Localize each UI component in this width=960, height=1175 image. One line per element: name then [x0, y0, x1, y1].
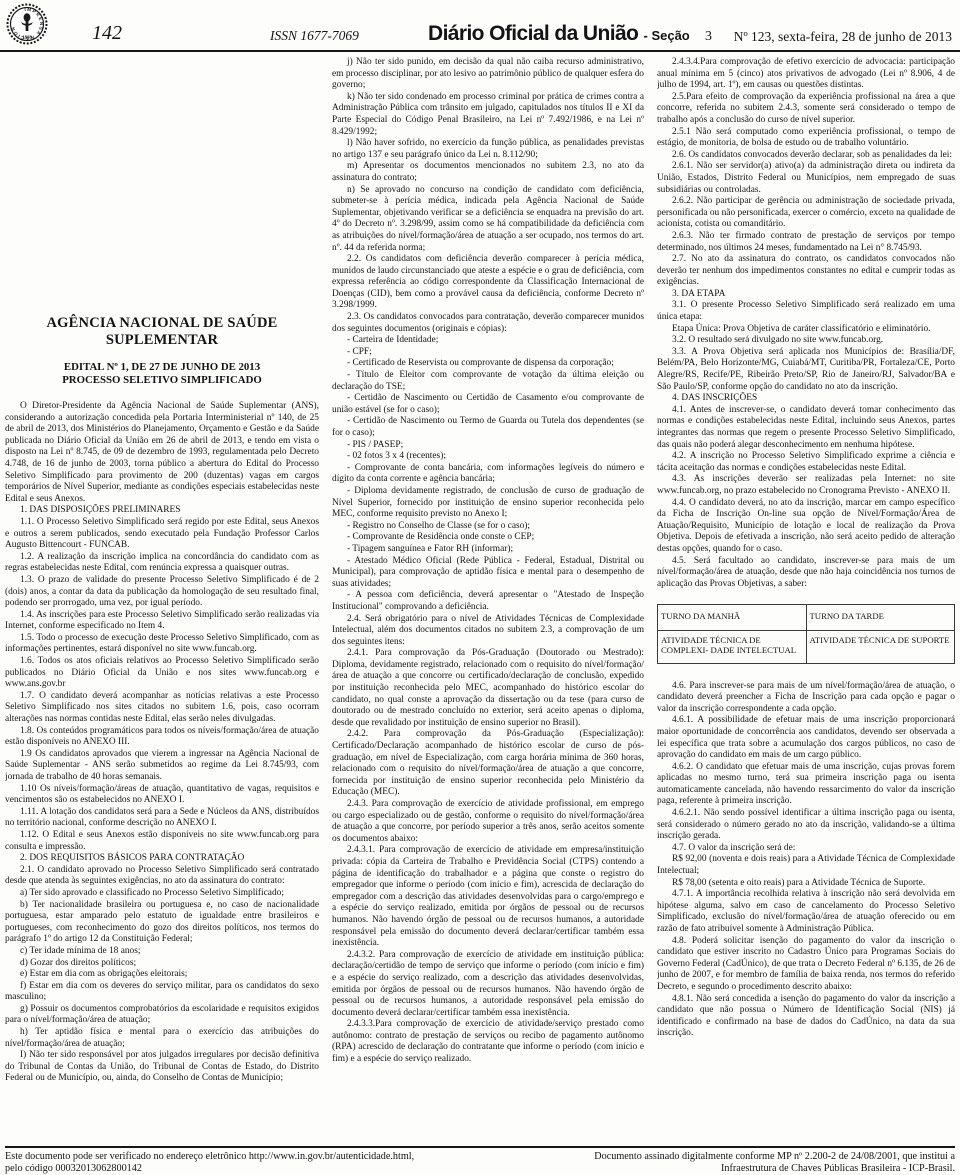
gazette-page: IMPRENSA NACIONAL 1808 142 ISSN 1677-706…: [0, 0, 960, 1175]
paragraph: 2. DOS REQUISITOS BÁSICOS PARA CONTRATAÇ…: [5, 853, 319, 865]
paragraph: 2.4.2. Para comprovação da Pós-Graduação…: [332, 729, 644, 799]
table-cell-afternoon-activity: ATIVIDADE TÉCNICA DE SUPORTE: [806, 630, 955, 663]
page-number: 142: [92, 22, 122, 45]
paragraph: R$ 78,00 (setenta e oito reais) para a A…: [657, 878, 955, 890]
paragraph: 4.8.1. Não será concedida a isenção do p…: [657, 994, 955, 1040]
paragraph: 2.6.2. Não participar de gerência ou adm…: [657, 196, 955, 231]
paragraph: 3.1. O presente Processo Seletivo Simpli…: [657, 300, 955, 323]
paragraph: - CPF;: [332, 347, 644, 359]
paragraph: 4.7. O valor da inscrição será de:: [657, 843, 955, 855]
table-header-row: TURNO DA MANHÃ TURNO DA TARDE: [658, 605, 955, 630]
paragraph: g) Possuir os documentos comprobatórios …: [5, 1004, 319, 1027]
paragraph: d) Gozar dos direitos políticos;: [5, 958, 319, 970]
paragraph: 3. DA ETAPA: [657, 289, 955, 301]
paragraph: 2.4.3.2. Para comprovação de exercício d…: [332, 950, 644, 1020]
paragraph: 4.6.2. O candidato que efetuar mais de u…: [657, 762, 955, 808]
middle-column-paragraphs: j) Não ter sido punido, em decisão da qu…: [332, 57, 644, 1066]
paragraph: 1.4. As inscrições para este Processo Se…: [5, 610, 319, 633]
paragraph: 1.8. Os conteúdos programáticos para tod…: [5, 726, 319, 749]
left-column-blank-space: [5, 57, 319, 315]
page-header: IMPRENSA NACIONAL 1808 142 ISSN 1677-706…: [0, 0, 960, 50]
paragraph: - Comprovante de Residência onde conste …: [332, 532, 644, 544]
paragraph: 4.5. Será facultado ao candidato, inscre…: [657, 556, 955, 591]
masthead-section-number: 3: [695, 29, 711, 44]
left-column: AGÊNCIA NACIONAL DE SAÚDE SUPLEMENTAR ED…: [5, 57, 319, 1144]
paragraph: 2.6.1. Não ser servidor(a) ativo(a) da a…: [657, 161, 955, 196]
paragraph: - Certidão de Nascimento ou Certidão de …: [332, 393, 644, 416]
masthead: Diário Oficial da União - Seção 3: [428, 22, 711, 46]
footer-verification-note: Este documento pode ser verificado no en…: [5, 1151, 414, 1175]
paragraph: 1. DAS DISPOSIÇÕES PRELIMINARES: [5, 505, 319, 517]
paragraph: 4.3. As inscrições deverão ser realizada…: [657, 474, 955, 497]
paragraph: O Diretor-Presidente da Agência Nacional…: [5, 401, 319, 505]
paragraph: 2.5.1 Não será computado como experiênci…: [657, 127, 955, 150]
edital-title-line1: EDITAL Nº 1, DE 27 DE JUNHO DE 2013: [64, 361, 260, 373]
paragraph: - Diploma devidamente registrado, de con…: [332, 486, 644, 521]
paragraph: 3.2. O resultado será divulgado no site …: [657, 335, 955, 347]
paragraph: 2.6. Os candidatos convocados deverão de…: [657, 150, 955, 162]
footer-signature-line1: Documento assinado digitalmente conforme…: [594, 1151, 955, 1163]
paragraph: 4.8. Poderá solicitar isenção do pagamen…: [657, 936, 955, 994]
edital-title-line2: PROCESSO SELETIVO SIMPLIFICADO: [62, 374, 262, 386]
paragraph: 1.7. O candidato deverá acompanhar as no…: [5, 691, 319, 726]
footer-verification-line1: Este documento pode ser verificado no en…: [5, 1151, 414, 1163]
paragraph: k) Não ter sido condenado em processo cr…: [332, 92, 644, 138]
paragraph: - Tipagem sanguínea e Fator RH (informar…: [332, 544, 644, 556]
paragraph: h) Ter aptidão física e mental para o ex…: [5, 1027, 319, 1050]
paragraph: 4.2. A inscrição no Processo Seletivo Si…: [657, 451, 955, 474]
paragraph: 2.4.3.3.Para comprovação de exercício de…: [332, 1019, 644, 1065]
paragraph: 1.11. A lotação dos candidatos será para…: [5, 807, 319, 830]
paragraph: 2.1. O candidato aprovado no Processo Se…: [5, 865, 319, 888]
left-column-paragraphs: O Diretor-Presidente da Agência Nacional…: [5, 401, 319, 1085]
paragraph: 2.4.3. Para comprovação de exercício de …: [332, 799, 644, 845]
content-columns: AGÊNCIA NACIONAL DE SAÚDE SUPLEMENTAR ED…: [5, 57, 955, 1144]
paragraph: c) Ter idade mínima de 18 anos;: [5, 946, 319, 958]
right-column-paragraphs-before-table: 2.4.3.4.Para comprovação de efetivo exer…: [657, 57, 955, 590]
paragraph: 1.3. O prazo de validade do presente Pro…: [5, 575, 319, 610]
paragraph: - Atestado Médico Oficial (Rede Pública …: [332, 556, 644, 591]
paragraph: 2.4.3.4.Para comprovação de efetivo exer…: [657, 57, 955, 92]
imprensa-nacional-seal-icon: IMPRENSA NACIONAL 1808: [6, 1, 48, 52]
paragraph: 1.9 Os candidatos aprovados que vierem a…: [5, 749, 319, 784]
paragraph: 4.1. Antes de inscrever-se, o candidato …: [657, 405, 955, 451]
middle-column: j) Não ter sido punido, em decisão da qu…: [332, 57, 644, 1144]
header-rule: [0, 50, 960, 52]
paragraph: 2.5.Para efeito de comprovação da experi…: [657, 92, 955, 127]
paragraph: f) Estar em dia com os deveres do serviç…: [5, 981, 319, 1004]
table-cell-morning-activity: ATIVIDADE TÉCNICA DE COMPLEXI- DADE INTE…: [658, 630, 807, 663]
edital-title: EDITAL Nº 1, DE 27 DE JUNHO DE 2013 PROC…: [5, 361, 319, 386]
svg-text:1808: 1808: [22, 35, 32, 40]
paragraph: - PIS / PASEP;: [332, 440, 644, 452]
paragraph: 4. DAS INSCRIÇÕES: [657, 393, 955, 405]
paragraph: 1.12. O Edital e seus Anexos estão dispo…: [5, 830, 319, 853]
paragraph: n) Se aprovado no concurso na condição d…: [332, 185, 644, 255]
paragraph: 1.2. A realização da inscrição implica n…: [5, 552, 319, 575]
paragraph: m) Apresentar os documentos mencionados …: [332, 161, 644, 184]
paragraph: b) Ter nacionalidade brasileira ou portu…: [5, 900, 319, 946]
paragraph: - Comprovante de conta bancária, com inf…: [332, 463, 644, 486]
table-header-cell-afternoon: TURNO DA TARDE: [806, 605, 955, 630]
paragraph: j) Não ter sido punido, em decisão da qu…: [332, 57, 644, 92]
paragraph: a) Ter sido aprovado e classificado no P…: [5, 888, 319, 900]
paragraph: 4.4. O candidato deverá, no ato da inscr…: [657, 498, 955, 556]
paragraph: 1.10 Os níveis/formação/áreas de atuação…: [5, 784, 319, 807]
paragraph: - Registro no Conselho de Classe (se for…: [332, 521, 644, 533]
exam-shifts-table: TURNO DA MANHÃ TURNO DA TARDE ATIVIDADE …: [657, 604, 955, 663]
agency-title: AGÊNCIA NACIONAL DE SAÚDE SUPLEMENTAR: [5, 315, 319, 349]
paragraph: - Carteira de Identidade;: [332, 335, 644, 347]
issn-label: ISSN 1677-7069: [270, 28, 359, 44]
page-footer: Este documento pode ser verificado no en…: [5, 1146, 955, 1175]
paragraph: Etapa Única: Prova Objetiva de caráter c…: [657, 324, 955, 336]
paragraph: 2.4.3.1. Para comprovação de exercício d…: [332, 845, 644, 949]
paragraph: - 02 fotos 3 x 4 (recentes);: [332, 451, 644, 463]
paragraph: 2.4.1. Para comprovação da Pós-Graduação…: [332, 648, 644, 729]
paragraph: - Título de Eleitor com comprovante de v…: [332, 370, 644, 393]
paragraph: 2.4. Será obrigatório para o nível de At…: [332, 614, 644, 649]
edition-dateline: Nº 123, sexta-feira, 28 de junho de 2013: [734, 29, 952, 45]
paragraph: 2.3. Os candidatos convocados para contr…: [332, 312, 644, 335]
paragraph: 4.7.1. A importância recolhida relativa …: [657, 889, 955, 935]
right-column: 2.4.3.4.Para comprovação de efetivo exer…: [657, 57, 955, 1144]
table-row: ATIVIDADE TÉCNICA DE COMPLEXI- DADE INTE…: [658, 630, 955, 663]
right-column-paragraphs-after-table: 4.6. Para inscrever-se para mais de um n…: [657, 681, 955, 1040]
paragraph: 4.6.2.1. Não sendo possível identificar …: [657, 808, 955, 843]
paragraph: I) Não ter sido responsável por atos jul…: [5, 1050, 319, 1085]
paragraph: 1.1. O Processo Seletivo Simplificado se…: [5, 517, 319, 552]
table-header-cell-morning: TURNO DA MANHÃ: [658, 605, 807, 630]
paragraph: - Certificado de Reservista ou comprovan…: [332, 358, 644, 370]
paragraph: - Certidão de Nascimento ou Termo de Gua…: [332, 416, 644, 439]
paragraph: - A pessoa com deficiência, deverá apres…: [332, 590, 644, 613]
paragraph: 2.7. No ato da assinatura do contrato, o…: [657, 254, 955, 289]
paragraph: 4.6.1. A possibilidade de efetuar mais d…: [657, 715, 955, 761]
paragraph: 2.6.3. Não ter firmado contrato de prest…: [657, 231, 955, 254]
paragraph: l) Não haver sofrido, no exercício da fu…: [332, 138, 644, 161]
paragraph: 3.3. A Prova Objetiva será aplicada nos …: [657, 347, 955, 393]
footer-signature-line2: Infraestrutura de Chaves Públicas Brasil…: [594, 1163, 955, 1175]
paragraph: e) Estar em dia com as obrigações eleito…: [5, 969, 319, 981]
paragraph: 4.6. Para inscrever-se para mais de um n…: [657, 681, 955, 716]
paragraph: R$ 92,00 (noventa e dois reais) para a A…: [657, 854, 955, 877]
paragraph: 2.2. Os candidatos com deficiência dever…: [332, 254, 644, 312]
masthead-section: - Seção: [644, 28, 690, 43]
footer-verification-line2: pelo código 00032013062800142: [5, 1163, 414, 1175]
paragraph: 1.6. Todos os atos oficiais relativos ao…: [5, 656, 319, 691]
paragraph: 1.5. Todo o processo de execução deste P…: [5, 633, 319, 656]
footer-signature-note: Documento assinado digitalmente conforme…: [594, 1151, 955, 1175]
masthead-title: Diário Oficial da União: [428, 22, 638, 45]
